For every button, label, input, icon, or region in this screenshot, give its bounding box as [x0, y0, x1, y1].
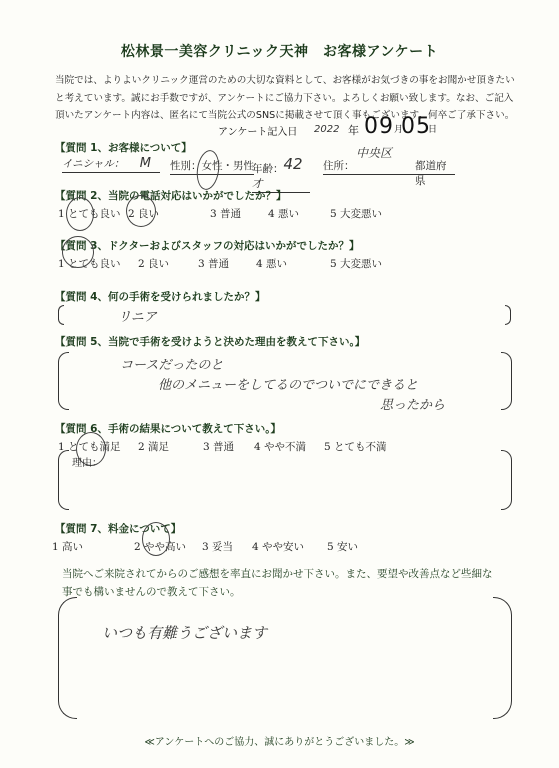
comments-prompt: 当院へご来院されてからのご感想を率直にお聞かせ下さい。また、要望や改善点など些細… — [62, 565, 502, 601]
age-label: 年齢： — [252, 163, 284, 175]
q2-heading: 【質問 2、当院の電話対応はいかがでしたか？】 — [55, 188, 286, 203]
q4-heading: 【質問 4、何の手術を受けられましたか？】 — [55, 289, 265, 304]
q3-heading: 【質問 3、ドクターおよびスタッフの対応はいかがでしたか？】 — [55, 238, 360, 253]
q6-bracket-right — [501, 450, 512, 510]
q4-bracket-left — [58, 305, 64, 325]
survey-title: 松林景一美容クリニック天神 お客様アンケート — [0, 41, 559, 61]
address-value: 中央区 — [356, 144, 392, 161]
date-label: アンケート記入日 — [218, 123, 297, 138]
q6-reason-input[interactable] — [100, 454, 490, 504]
comments-bracket-left — [58, 597, 77, 719]
initial-label: イニシャル： — [62, 158, 124, 170]
q6-option-3[interactable]: 3 普通 — [203, 439, 234, 454]
address-unit: 都道府県 — [415, 158, 455, 188]
q6-option-5[interactable]: 5 とても不満 — [324, 439, 387, 454]
footer-thanks: ≪アンケートへのご協力、誠にありがとうございました。≫ — [0, 733, 559, 748]
q5-heading: 【質問 5、当院で手術を受けようと決めた理由を教えて下さい。】 — [55, 334, 365, 349]
q7-option-5[interactable]: 5 安い — [327, 539, 358, 554]
q5-answer[interactable]: コースだったのと 他のメニューをしてるのでついでにできると 思ったから — [60, 350, 500, 412]
q6-bracket-left — [58, 450, 69, 510]
q3-selected-circle — [62, 236, 94, 268]
q3-option-5[interactable]: 5 大変悪い — [330, 256, 382, 271]
intro-text: 当院では、よりよいクリニック運営のための大切な資料として、お客様がお気づきの事を… — [55, 72, 515, 125]
q4-answer[interactable]: リニア — [118, 306, 157, 325]
q3-option-3[interactable]: 3 普通 — [198, 256, 229, 271]
q2-option-3[interactable]: 3 普通 — [210, 206, 241, 221]
q6-option-4[interactable]: 4 やや不満 — [254, 439, 306, 454]
q6-option-2[interactable]: 2 満足 — [138, 439, 169, 454]
q7-option-4[interactable]: 4 やや安い — [252, 539, 304, 554]
initial-value: M — [140, 156, 151, 171]
q5-answer-line-3: 思ったから — [380, 394, 445, 413]
q2-selected-circle-1 — [66, 197, 94, 231]
q3-option-4[interactable]: 4 悪い — [256, 256, 287, 271]
initial-field[interactable]: イニシャル： M — [62, 156, 160, 173]
q4-bracket-right — [505, 305, 511, 325]
q3-option-2[interactable]: 2 良い — [138, 256, 169, 271]
q6-reason-label: 理由： — [72, 454, 102, 469]
gender-selected-circle — [194, 149, 221, 192]
address-label: 住所： — [323, 160, 355, 172]
date-month[interactable]: 09 — [364, 114, 394, 139]
q2-option-5[interactable]: 5 大変悪い — [330, 206, 382, 221]
q6-options: 1 とても満足 2 満足 3 普通 4 やや不満 5 とても不満 — [58, 439, 518, 455]
q1-heading: 【質問 1、お客様について】 — [55, 140, 192, 155]
date-day[interactable]: 05 — [401, 114, 431, 139]
q7-option-3[interactable]: 3 妥当 — [202, 539, 233, 554]
age-value: 42 — [284, 155, 303, 173]
address-field[interactable]: 住所： 中央区 都道府県 — [323, 158, 455, 175]
q3-options: 1 とても良い 2 良い 3 普通 4 悪い 5 大変悪い — [58, 256, 518, 272]
comments-bracket-right — [493, 597, 512, 719]
q5-bracket-right — [501, 352, 512, 410]
q7-option-1[interactable]: 1 高い — [52, 539, 83, 554]
date-day-unit: 日 — [428, 122, 437, 135]
q5-answer-line-1: コースだったのと — [120, 354, 223, 373]
q7-options: 1 高い 2 やや高い 3 妥当 4 やや安い 5 安い — [52, 539, 512, 555]
q5-answer-line-2: 他のメニューをしてるのでついでにできると — [158, 374, 418, 393]
date-year[interactable]: 2022 — [314, 124, 339, 135]
q7-selected-circle — [142, 522, 170, 556]
date-year-unit: 年 — [348, 122, 359, 138]
comments-answer[interactable]: いつも有難うございます — [102, 622, 267, 643]
q2-option-4[interactable]: 4 悪い — [268, 206, 299, 221]
q2-selected-circle-2 — [126, 195, 156, 227]
